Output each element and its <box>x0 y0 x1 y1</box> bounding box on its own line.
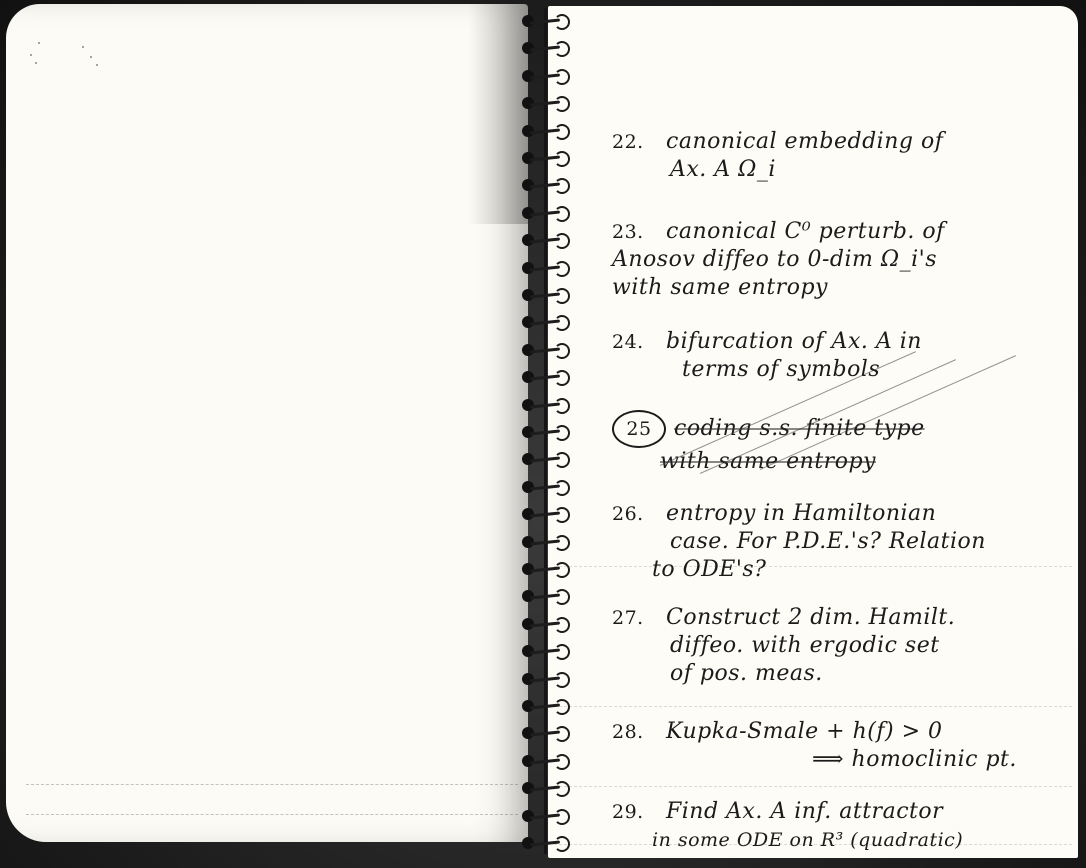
entry-text: in some ODE on R³ (quadratic) <box>612 826 1082 854</box>
entry-number: 26. <box>612 500 666 528</box>
entry-text: case. For P.D.E.'s? Relation <box>612 528 1082 556</box>
spiral-coil <box>518 69 570 83</box>
entry-number: 27. <box>612 604 666 632</box>
entry-text: coding s.s. finite type <box>674 416 925 441</box>
entry-text: Find Ax. A inf. attractor <box>666 799 943 824</box>
coil-loop <box>554 699 570 715</box>
spiral-coil <box>518 535 570 549</box>
entry-text: Anosov diffeo to 0-dim Ω_i's <box>612 246 1082 274</box>
coil-loop <box>554 14 570 30</box>
note-entry-28: 28.Kupka-Smale + h(f) > 0 ⟹ homoclinic p… <box>612 718 1082 774</box>
entry-text: Kupka-Smale + h(f) > 0 <box>666 719 943 744</box>
entry-text: terms of symbols <box>612 356 1082 384</box>
coil-loop <box>554 781 570 797</box>
spiral-coil <box>518 14 570 28</box>
spiral-coil <box>518 617 570 631</box>
spiral-coil <box>518 644 570 658</box>
coil-loop <box>554 809 570 825</box>
entry-text: canonical C⁰ perturb. of <box>666 219 945 244</box>
coil-loop <box>554 206 570 222</box>
entry-text: ⟹ homoclinic pt. <box>612 746 1082 774</box>
coil-loop <box>554 124 570 140</box>
spiral-coil <box>518 672 570 686</box>
faint-rule <box>26 784 518 785</box>
entry-text: entropy in Hamiltonian <box>666 501 936 526</box>
entry-number: 29. <box>612 798 666 826</box>
spiral-coil <box>518 699 570 713</box>
entry-number: 28. <box>612 718 666 746</box>
note-entry-22: 22.canonical embedding of Ax. A Ω_i <box>612 128 1082 184</box>
spiral-coil <box>518 480 570 494</box>
coil-loop <box>554 343 570 359</box>
entry-text: Construct 2 dim. Hamilt. <box>666 605 955 630</box>
spiral-coil <box>518 370 570 384</box>
coil-loop <box>554 672 570 688</box>
coil-loop <box>554 261 570 277</box>
left-notebook-page <box>6 4 528 842</box>
coil-loop <box>554 398 570 414</box>
entry-text: diffeo. with ergodic set <box>612 632 1082 660</box>
entry-text: Ax. A Ω_i <box>612 156 1082 184</box>
coil-loop <box>554 644 570 660</box>
entry-number: 22. <box>612 128 666 156</box>
note-entry-29: 29.Find Ax. A inf. attractor in some ODE… <box>612 798 1082 854</box>
coil-loop <box>554 288 570 304</box>
spiral-coil <box>518 343 570 357</box>
spiral-coil <box>518 96 570 110</box>
circled-number: 25 <box>612 410 666 448</box>
coil-loop <box>554 535 570 551</box>
coil-loop <box>554 562 570 578</box>
spiral-coil <box>518 754 570 768</box>
entry-text: with same entropy <box>612 274 1082 302</box>
entry-number: 24. <box>612 328 666 356</box>
entry-text: canonical embedding of <box>666 129 943 154</box>
spiral-coil <box>518 315 570 329</box>
coil-loop <box>554 69 570 85</box>
faint-rule <box>554 706 1072 707</box>
note-entry-24: 24.bifurcation of Ax. A in terms of symb… <box>612 328 1082 384</box>
coil-loop <box>554 233 570 249</box>
coil-loop <box>554 754 570 770</box>
note-entry-27: 27.Construct 2 dim. Hamilt. diffeo. with… <box>612 604 1082 688</box>
coil-loop <box>554 836 570 852</box>
spiral-coil <box>518 452 570 466</box>
coil-loop <box>554 151 570 167</box>
coil-loop <box>554 370 570 386</box>
spiral-coil <box>518 425 570 439</box>
coil-loop <box>554 452 570 468</box>
coil-loop <box>554 589 570 605</box>
coil-loop <box>554 726 570 742</box>
note-entry-25: 25coding s.s. finite type with same entr… <box>612 410 1082 476</box>
spiral-coil <box>518 507 570 521</box>
coil-loop <box>554 507 570 523</box>
spiral-coil <box>518 562 570 576</box>
spiral-coil <box>518 726 570 740</box>
entry-text: to ODE's? <box>612 556 1082 584</box>
coil-loop <box>554 315 570 331</box>
entry-text: bifurcation of Ax. A in <box>666 329 922 354</box>
spiral-coil <box>518 151 570 165</box>
paper-specks <box>30 40 110 70</box>
faint-rule <box>554 786 1072 787</box>
spiral-coil <box>518 41 570 55</box>
spiral-coil <box>518 809 570 823</box>
faint-rule <box>26 814 518 815</box>
spiral-coil <box>518 261 570 275</box>
entry-text: of pos. meas. <box>612 660 1082 688</box>
entry-number: 23. <box>612 218 666 246</box>
spiral-coil <box>518 589 570 603</box>
spiral-coil <box>518 398 570 412</box>
spiral-coil <box>518 836 570 850</box>
entry-text: with same entropy <box>612 448 1082 476</box>
coil-loop <box>554 178 570 194</box>
spiral-coil <box>518 178 570 192</box>
spiral-coil <box>518 781 570 795</box>
spiral-coil <box>518 124 570 138</box>
coil-loop <box>554 96 570 112</box>
spiral-coil <box>518 206 570 220</box>
note-entry-26: 26.entropy in Hamiltonian case. For P.D.… <box>612 500 1082 584</box>
note-entry-23: 23.canonical C⁰ perturb. of Anosov diffe… <box>612 218 1082 302</box>
coil-loop <box>554 425 570 441</box>
spiral-coil <box>518 288 570 302</box>
coil-loop <box>554 617 570 633</box>
coil-loop <box>554 41 570 57</box>
coil-loop <box>554 480 570 496</box>
spiral-coil <box>518 233 570 247</box>
